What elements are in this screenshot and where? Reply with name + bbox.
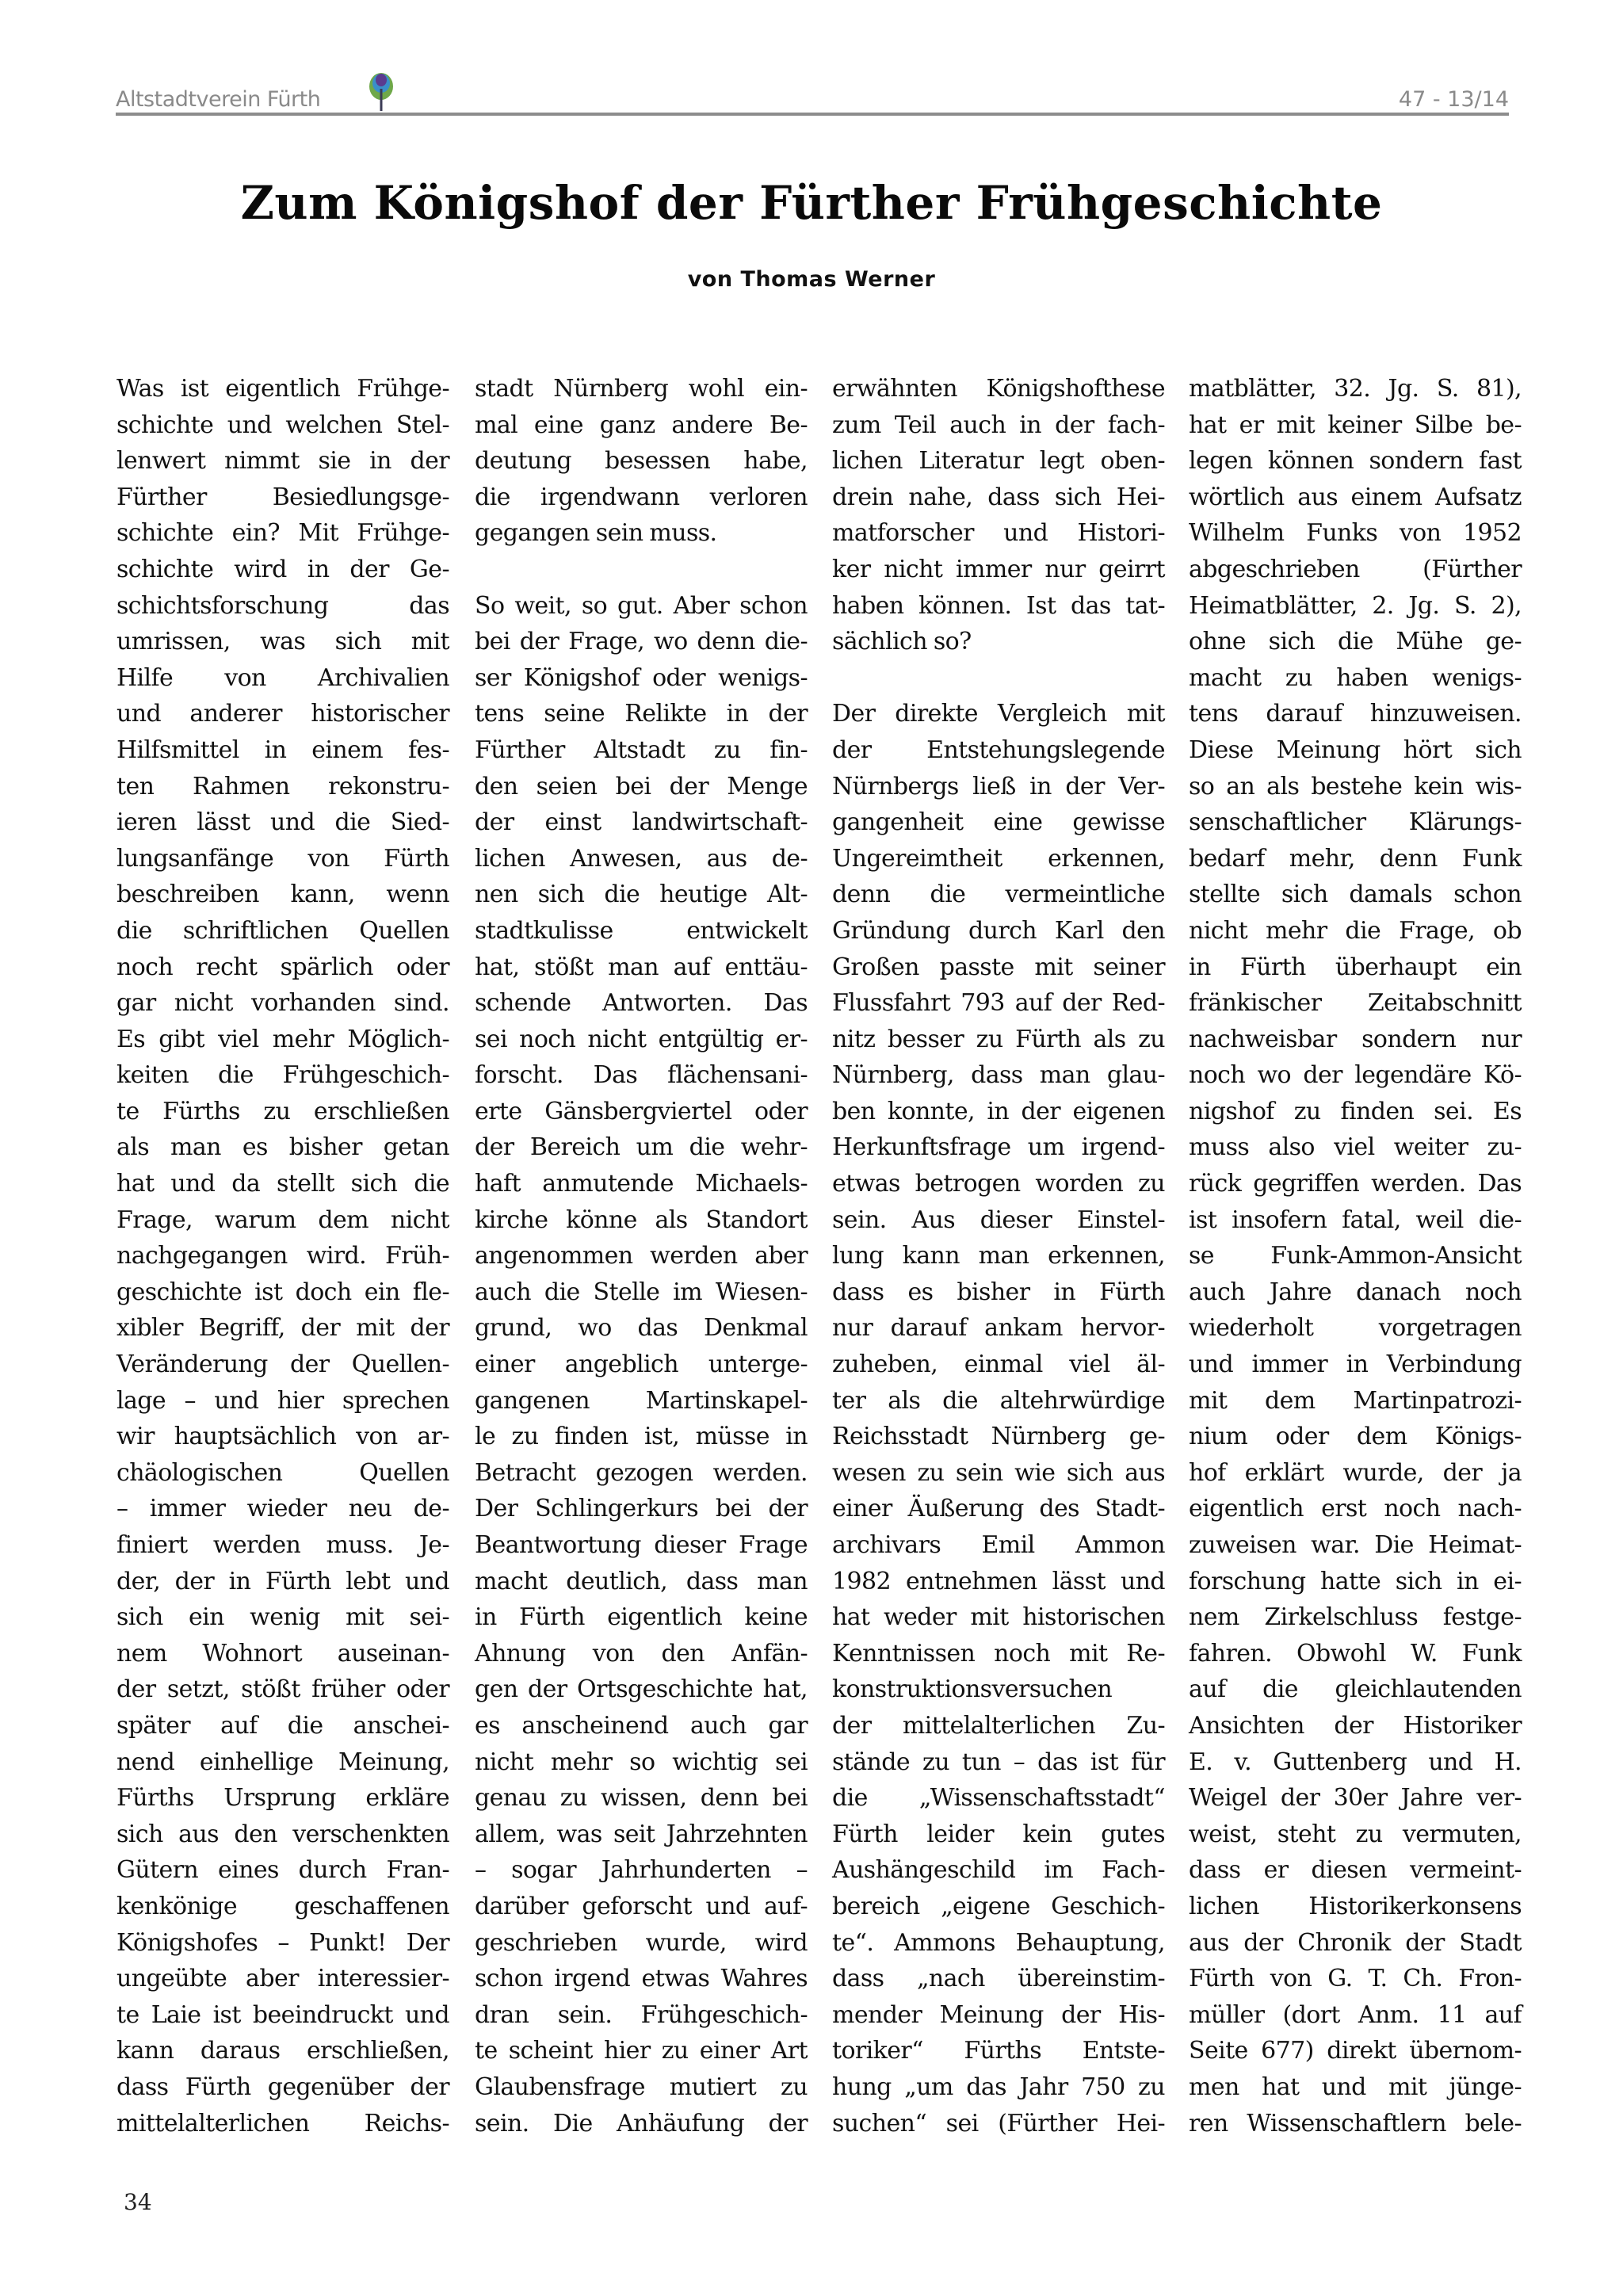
- text-line: Hilfe von Archivalien: [116, 660, 449, 697]
- text-line: wiederholt vorgetragen: [1189, 1310, 1522, 1347]
- text-line: hung „um das Jahr 750 zu: [832, 2069, 1165, 2106]
- text-line: kirche könne als Standort: [475, 1202, 808, 1239]
- text-line: forschung hatte sich in ei-: [1189, 1564, 1522, 1600]
- text-line: die schriftlichen Quellen: [116, 913, 449, 949]
- text-line: weist, steht zu vermuten,: [1189, 1817, 1522, 1853]
- text-line: xibler Begriff, der mit der: [116, 1310, 449, 1347]
- paragraph-gap: [832, 660, 1165, 697]
- text-line: lungsanfänge von Fürth: [116, 841, 449, 877]
- text-line: sich ein wenig mit sei-: [116, 1599, 449, 1636]
- text-line: Seite 677) direkt übernom-: [1189, 2033, 1522, 2069]
- text-line: rück gegriffen werden. Das: [1189, 1166, 1522, 1202]
- text-line: gangenen Martinskapel-: [475, 1383, 808, 1419]
- text-line: nachgegangen wird. Früh-: [116, 1238, 449, 1274]
- text-line: Betracht gezogen werden.: [475, 1455, 808, 1492]
- text-line: finiert werden muss. Je-: [116, 1527, 449, 1564]
- text-line: tens darauf hinzuweisen.: [1189, 696, 1522, 732]
- text-line: Fürther Besiedlungsge-: [116, 479, 449, 516]
- text-line: schende Antworten. Das: [475, 985, 808, 1022]
- text-line: haben können. Ist das tat-: [832, 588, 1165, 625]
- text-line: Fürth leider kein gutes: [832, 1817, 1165, 1853]
- text-line: wörtlich aus einem Aufsatz: [1189, 479, 1522, 516]
- text-line: in Fürth eigentlich keine: [475, 1599, 808, 1636]
- text-line: mittelalterlichen Reichs-: [116, 2106, 449, 2142]
- text-line: fränkischer Zeitabschnitt: [1189, 985, 1522, 1022]
- text-line: Ahnung von den Anfän-: [475, 1636, 808, 1672]
- text-line: lung kann man erkennen,: [832, 1238, 1165, 1274]
- text-line: kann daraus erschließen,: [116, 2033, 449, 2069]
- text-line: forscht. Das flächensani-: [475, 1057, 808, 1094]
- text-line: mender Meinung der His-: [832, 1997, 1165, 2034]
- text-line: schichtsforschung das: [116, 588, 449, 625]
- text-line: aus der Chronik der Stadt: [1189, 1925, 1522, 1962]
- text-line: dass er diesen vermeint-: [1189, 1852, 1522, 1889]
- text-line: genau zu wissen, denn bei: [475, 1780, 808, 1817]
- text-line: später auf die anschei-: [116, 1708, 449, 1744]
- text-column-1: Was ist eigentlich Frühge-schichte und w…: [116, 371, 449, 2141]
- text-line: nend einhellige Meinung,: [116, 1744, 449, 1781]
- text-line: eigentlich erst noch nach-: [1189, 1491, 1522, 1527]
- text-line: kenkönige geschaffenen: [116, 1889, 449, 1925]
- page-number: 34: [124, 2189, 152, 2215]
- text-line: Gründung durch Karl den: [832, 913, 1165, 949]
- publisher-name: Altstadtverein Fürth: [116, 87, 320, 112]
- text-line: umrissen, was sich mit: [116, 624, 449, 660]
- text-line: Der Schlingerkurs bei der: [475, 1491, 808, 1527]
- text-line: der Entstehungslegende: [832, 732, 1165, 769]
- text-line: etwas betrogen worden zu: [832, 1166, 1165, 1202]
- text-line: haft anmutende Michaels-: [475, 1166, 808, 1202]
- article-body: Was ist eigentlich Frühge-schichte und w…: [116, 371, 1519, 2146]
- running-header: Altstadtverein Fürth 47 - 13/14: [116, 73, 1509, 116]
- text-line: lage – und hier sprechen: [116, 1383, 449, 1419]
- text-line: legen können sondern fast: [1189, 443, 1522, 479]
- text-line: nicht mehr die Frage, ob: [1189, 913, 1522, 949]
- text-line: die irgendwann verloren: [475, 479, 808, 516]
- text-line: geschrieben wurde, wird: [475, 1925, 808, 1962]
- text-line: einer Äußerung des Stadt-: [832, 1491, 1165, 1527]
- text-line: ungeübte aber interessier-: [116, 1961, 449, 1997]
- text-line: hat er mit keiner Silbe be-: [1189, 407, 1522, 444]
- text-line: so an als bestehe kein wis-: [1189, 769, 1522, 805]
- text-line: Ungereimtheit erkennen,: [832, 841, 1165, 877]
- text-line: lichen Historikerkonsens: [1189, 1889, 1522, 1925]
- text-line: senschaftlicher Klärungs-: [1189, 804, 1522, 841]
- text-column-3: erwähnten Königshofthesezum Teil auch in…: [832, 371, 1165, 2141]
- text-line: nachweisbar sondern nur: [1189, 1022, 1522, 1058]
- text-line: muss also viel weiter zu-: [1189, 1129, 1522, 1166]
- text-line: lichen Literatur legt oben-: [832, 443, 1165, 479]
- text-line: Herkunftsfrage um irgend-: [832, 1129, 1165, 1166]
- text-line: der einst landwirtschaft-: [475, 804, 808, 841]
- text-line: – sogar Jahrhunderten –: [475, 1852, 808, 1889]
- text-line: hat weder mit historischen: [832, 1599, 1165, 1636]
- text-line: se Funk-Ammon-Ansicht: [1189, 1238, 1522, 1274]
- text-line: zuweisen war. Die Heimat-: [1189, 1527, 1522, 1564]
- text-line: le zu finden ist, müsse in: [475, 1419, 808, 1455]
- text-line: dass „nach übereinstim-: [832, 1961, 1165, 1997]
- text-line: nitz besser zu Fürth als zu: [832, 1022, 1165, 1058]
- text-line: ieren lässt und die Sied-: [116, 804, 449, 841]
- text-line: drein nahe, dass sich Hei-: [832, 479, 1165, 516]
- text-line: angenommen werden aber: [475, 1238, 808, 1274]
- text-line: nem Wohnort auseinan-: [116, 1636, 449, 1672]
- text-line: gangenheit eine gewisse: [832, 804, 1165, 841]
- text-line: schichte wird in der Ge-: [116, 552, 449, 588]
- text-line: mit dem Martinpatrozi-: [1189, 1383, 1522, 1419]
- text-line: denn die vermeintliche: [832, 877, 1165, 913]
- text-line: dass es bisher in Fürth: [832, 1274, 1165, 1311]
- text-line: toriker“ Fürths Entste-: [832, 2033, 1165, 2069]
- text-line: Fürths Ursprung erkläre: [116, 1780, 449, 1817]
- text-line: erwähnten Königshofthese: [832, 371, 1165, 407]
- text-line: konstruktionsversuchen: [832, 1671, 1165, 1708]
- text-line: der mittelalterlichen Zu-: [832, 1708, 1165, 1744]
- text-line: Nürnbergs ließ in der Ver-: [832, 769, 1165, 805]
- text-line: Reichsstadt Nürnberg ge-: [832, 1419, 1165, 1455]
- text-line: auch Jahre danach noch: [1189, 1274, 1522, 1311]
- text-line: lichen Anwesen, aus de-: [475, 841, 808, 877]
- text-line: Was ist eigentlich Frühge-: [116, 371, 449, 407]
- text-line: gar nicht vorhanden sind.: [116, 985, 449, 1022]
- text-line: nem Zirkelschluss festge-: [1189, 1599, 1522, 1636]
- text-line: erte Gänsbergviertel oder: [475, 1094, 808, 1130]
- text-line: macht zu haben wenigs-: [1189, 660, 1522, 697]
- text-line: dran sein. Frühgeschich-: [475, 1997, 808, 2034]
- text-line: mal eine ganz andere Be-: [475, 407, 808, 444]
- text-line: ist insofern fatal, weil die-: [1189, 1202, 1522, 1239]
- text-line: macht deutlich, dass man: [475, 1564, 808, 1600]
- text-line: müller (dort Anm. 11 auf: [1189, 1997, 1522, 2034]
- text-line: sich aus den verschenkten: [116, 1817, 449, 1853]
- header-rule: [116, 113, 1509, 116]
- text-line: Königshofes – Punkt! Der: [116, 1925, 449, 1962]
- text-line: Gütern eines durch Fran-: [116, 1852, 449, 1889]
- text-line: hat, stößt man auf enttäu-: [475, 949, 808, 986]
- issue-number: 47 - 13/14: [1399, 87, 1509, 112]
- text-line: geschichte ist doch ein fle-: [116, 1274, 449, 1311]
- text-line: allem, was seit Jahrzehnten: [475, 1817, 808, 1853]
- text-line: sein. Die Anhäufung der: [475, 2106, 808, 2142]
- text-line: sein. Aus dieser Einstel-: [832, 1202, 1165, 1239]
- text-line: E. v. Guttenberg und H.: [1189, 1744, 1522, 1781]
- text-line: te“. Ammons Behauptung,: [832, 1925, 1165, 1962]
- text-line: ser Königshof oder wenigs-: [475, 660, 808, 697]
- text-line: Wilhelm Funks von 1952: [1189, 515, 1522, 552]
- text-line: matblätter, 32. Jg. S. 81),: [1189, 371, 1522, 407]
- paragraph-gap: [475, 552, 808, 588]
- text-line: Hilfsmittel in einem fes-: [116, 732, 449, 769]
- text-line: Heimatblätter, 2. Jg. S. 2),: [1189, 588, 1522, 625]
- text-line: die „Wissenschaftsstadt“: [832, 1780, 1165, 1817]
- text-line: als man es bisher getan: [116, 1129, 449, 1166]
- text-line: grund, wo das Denkmal: [475, 1310, 808, 1347]
- text-line: fahren. Obwohl W. Funk: [1189, 1636, 1522, 1672]
- text-line: te Fürths zu erschließen: [116, 1094, 449, 1130]
- text-line: nigshof zu finden sei. Es: [1189, 1094, 1522, 1130]
- text-line: Aushängeschild im Fach-: [832, 1852, 1165, 1889]
- text-line: ohne sich die Mühe ge-: [1189, 624, 1522, 660]
- text-line: nen sich die heutige Alt-: [475, 877, 808, 913]
- text-line: der Bereich um die wehr-: [475, 1129, 808, 1166]
- text-line: den seien bei der Menge: [475, 769, 808, 805]
- text-line: ren Wissenschaftlern bele-: [1189, 2106, 1522, 2142]
- text-line: nur darauf ankam hervor-: [832, 1310, 1165, 1347]
- text-line: Großen passte mit seiner: [832, 949, 1165, 986]
- text-line: – immer wieder neu de-: [116, 1491, 449, 1527]
- text-line: Ansichten der Historiker: [1189, 1708, 1522, 1744]
- text-line: und anderer historischer: [116, 696, 449, 732]
- text-line: stadtkulisse entwickelt: [475, 913, 808, 949]
- text-line: und immer in Verbindung: [1189, 1347, 1522, 1383]
- text-line: sächlich so?: [832, 624, 1165, 660]
- text-line: hat und da stellt sich die: [116, 1166, 449, 1202]
- text-line: gegangen sein muss.: [475, 515, 808, 552]
- text-line: ker nicht immer nur geirrt: [832, 552, 1165, 588]
- text-line: einer angeblich unterge-: [475, 1347, 808, 1383]
- text-line: beschreiben kann, wenn: [116, 877, 449, 913]
- text-line: abgeschrieben (Fürther: [1189, 552, 1522, 588]
- text-line: ter als die altehrwürdige: [832, 1383, 1165, 1419]
- text-line: sei noch nicht entgültig er-: [475, 1022, 808, 1058]
- text-line: ten Rahmen rekonstru-: [116, 769, 449, 805]
- text-line: schichte ein? Mit Frühge-: [116, 515, 449, 552]
- tree-logo-icon: [368, 73, 395, 111]
- text-line: tens seine Relikte in der: [475, 696, 808, 732]
- text-line: auch die Stelle im Wiesen-: [475, 1274, 808, 1311]
- text-line: es anscheinend auch gar: [475, 1708, 808, 1744]
- text-line: darüber geforscht und auf-: [475, 1889, 808, 1925]
- text-line: nicht mehr so wichtig sei: [475, 1744, 808, 1781]
- text-line: Veränderung der Quellen-: [116, 1347, 449, 1383]
- text-line: stellte sich damals schon: [1189, 877, 1522, 913]
- text-line: stadt Nürnberg wohl ein-: [475, 371, 808, 407]
- article-title: Zum Königshof der Fürther Frühgeschichte: [0, 176, 1623, 230]
- text-line: stände zu tun – das ist für: [832, 1744, 1165, 1781]
- text-line: Diese Meinung hört sich: [1189, 732, 1522, 769]
- text-line: noch wo der legendäre Kö-: [1189, 1057, 1522, 1094]
- article-byline: von Thomas Werner: [0, 267, 1623, 292]
- text-line: nium oder dem Königs-: [1189, 1419, 1522, 1455]
- text-line: ben konnte, in der eigenen: [832, 1094, 1165, 1130]
- text-line: Weigel der 30er Jahre ver-: [1189, 1780, 1522, 1817]
- text-line: lenwert nimmt sie in der: [116, 443, 449, 479]
- text-line: auf die gleichlautenden: [1189, 1671, 1522, 1708]
- text-line: wesen zu sein wie sich aus: [832, 1455, 1165, 1492]
- text-line: Flussfahrt 793 auf der Red-: [832, 985, 1165, 1022]
- text-line: Fürth von G. T. Ch. Fron-: [1189, 1961, 1522, 1997]
- text-line: der, der in Fürth lebt und: [116, 1564, 449, 1600]
- text-line: zum Teil auch in der fach-: [832, 407, 1165, 444]
- text-line: schon irgend etwas Wahres: [475, 1961, 808, 1997]
- text-line: bedarf mehr, denn Funk: [1189, 841, 1522, 877]
- text-line: Frage, warum dem nicht: [116, 1202, 449, 1239]
- text-line: hof erklärt wurde, der ja: [1189, 1455, 1522, 1492]
- text-line: men hat und mit jünge-: [1189, 2069, 1522, 2106]
- text-line: suchen“ sei (Fürther Hei-: [832, 2106, 1165, 2142]
- text-line: wir hauptsächlich von ar-: [116, 1419, 449, 1455]
- text-line: Beantwortung dieser Frage: [475, 1527, 808, 1564]
- text-line: te scheint hier zu einer Art: [475, 2033, 808, 2069]
- text-column-2: stadt Nürnberg wohl ein-mal eine ganz an…: [475, 371, 808, 2141]
- text-line: noch recht spärlich oder: [116, 949, 449, 986]
- text-line: te Laie ist beeindruckt und: [116, 1997, 449, 2034]
- text-line: deutung besessen habe,: [475, 443, 808, 479]
- text-line: Glaubensfrage mutiert zu: [475, 2069, 808, 2106]
- text-line: der setzt, stößt früher oder: [116, 1671, 449, 1708]
- text-line: Es gibt viel mehr Möglich-: [116, 1022, 449, 1058]
- text-line: bereich „eigene Geschich-: [832, 1889, 1165, 1925]
- text-line: keiten die Frühgeschich-: [116, 1057, 449, 1094]
- text-line: So weit, so gut. Aber schon: [475, 588, 808, 625]
- text-line: Nürnberg, dass man glau-: [832, 1057, 1165, 1094]
- text-line: dass Fürth gegenüber der: [116, 2069, 449, 2106]
- text-line: bei der Frage, wo denn die-: [475, 624, 808, 660]
- text-line: archivars Emil Ammon: [832, 1527, 1165, 1564]
- text-column-4: matblätter, 32. Jg. S. 81),hat er mit ke…: [1189, 371, 1522, 2141]
- text-line: zuheben, einmal viel äl-: [832, 1347, 1165, 1383]
- text-line: Kenntnissen noch mit Re-: [832, 1636, 1165, 1672]
- text-line: chäologischen Quellen: [116, 1455, 449, 1492]
- text-line: matforscher und Histori-: [832, 515, 1165, 552]
- text-line: Fürther Altstadt zu fin-: [475, 732, 808, 769]
- text-line: schichte und welchen Stel-: [116, 407, 449, 444]
- text-line: in Fürth überhaupt ein: [1189, 949, 1522, 986]
- text-line: Der direkte Vergleich mit: [832, 696, 1165, 732]
- text-line: gen der Ortsgeschichte hat,: [475, 1671, 808, 1708]
- text-line: 1982 entnehmen lässt und: [832, 1564, 1165, 1600]
